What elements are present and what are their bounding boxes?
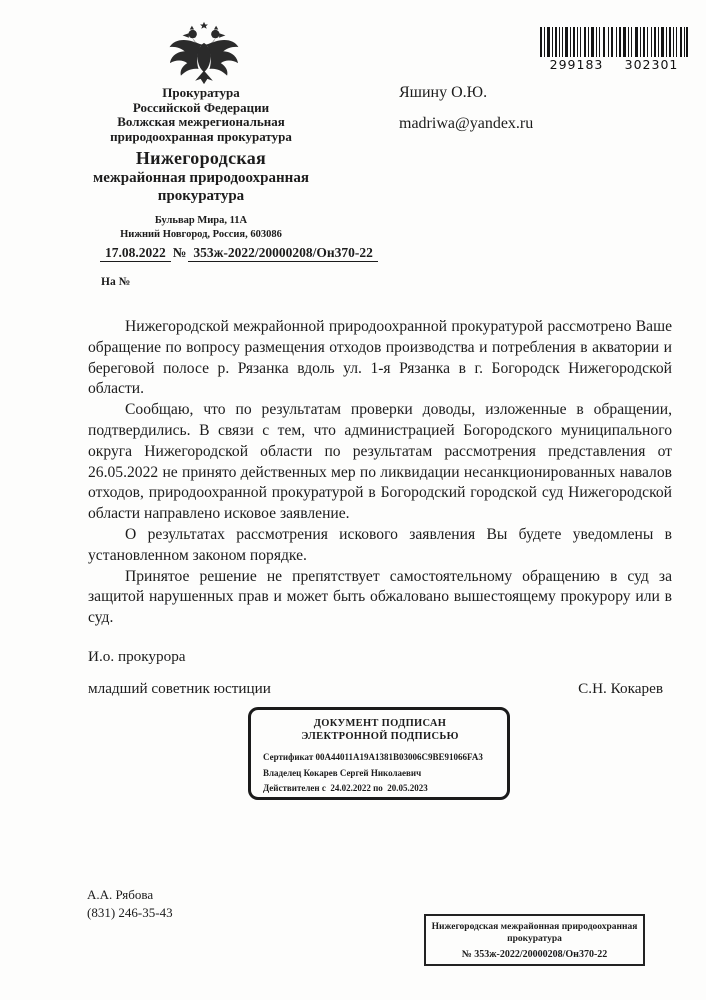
address-line: Нижний Новгород, Россия, 603086 [54,228,348,242]
reply-to-label: На № [101,276,130,288]
signer-role-line1: И.о. прокурора [88,648,663,666]
barcode-number-right: 302301 [625,57,679,72]
registration-stamp: Нижегородская межрайонная природоохранна… [424,914,645,966]
recipient-name: Яшину О.Ю. [399,84,533,102]
esign-title-line2: ЭЛЕКТРОННОЙ ПОДПИСЬЮ [263,730,497,743]
number-sign: № [171,245,189,260]
org-name-line: Волжская межрегиональная [54,115,348,130]
letter-number: 353ж-2022/20000208/Он370-22 [188,245,378,262]
org-name-lines: ПрокуратураРоссийской ФедерацииВолжская … [54,86,348,144]
barcode-icon [540,27,688,57]
registration-stamp-org: Нижегородская межрайонная природоохранна… [426,922,643,945]
letter-date: 17.08.2022 [100,245,171,262]
letter-body: Нижегородской межрайонной природоохранно… [88,317,672,629]
executor-block: А.А. Рябова (831) 246-35-43 [87,886,173,921]
signature-block: И.о. прокурора младший советник юстиции … [88,648,663,698]
division-title: Нижегородская [54,148,348,169]
esign-title-line1: ДОКУМЕНТ ПОДПИСАН [263,717,497,730]
division-name-line: прокуратура [54,187,348,205]
electronic-signature-stamp: ДОКУМЕНТ ПОДПИСАН ЭЛЕКТРОННОЙ ПОДПИСЬЮ С… [248,707,510,800]
body-paragraph: Сообщаю, что по результатам проверки дов… [88,400,672,525]
signer-name: С.Н. Кокарев [578,680,663,698]
division-name-lines: межрайонная природоохраннаяпрокуратура [54,169,348,205]
letterhead: ПрокуратураРоссийской ФедерацииВолжская … [54,86,348,241]
executor-phone: (831) 246-35-43 [87,904,173,922]
scanned-letter-page: 299183 302301 ПрокуратураРоссийск [0,0,706,1000]
recipient-email: madriwa@yandex.ru [399,115,533,133]
org-name-line: Российской Федерации [54,101,348,116]
division-name-line: межрайонная природоохранная [54,169,348,187]
org-name-line: Прокуратура [54,86,348,101]
registration-stamp-number: № 353ж-2022/20000208/Он370-22 [426,949,643,961]
russia-coat-of-arms-icon [162,21,246,85]
body-paragraph: Принятое решение не препятствует самосто… [88,567,672,629]
address-lines: Бульвар Мира, 11АНижний Новгород, Россия… [54,214,348,241]
body-paragraph: Нижегородской межрайонной природоохранно… [88,317,672,400]
esign-valid-from: 24.02.2022 [330,783,371,793]
esign-valid-to: 20.05.2023 [387,783,428,793]
recipient-block: Яшину О.Ю. madriwa@yandex.ru [399,84,533,133]
postal-barcode: 299183 302301 [539,27,689,72]
org-name-line: природоохранная прокуратура [54,130,348,145]
outgoing-reference-line: 17.08.2022№353ж-2022/20000208/Он370-22 [100,245,378,261]
esign-certificate-number: 00A44011A19A1381B03006C9BE91066FA3 [316,752,483,762]
esign-validity-line: Действителен с 24.02.2022 по 20.05.2023 [263,781,497,797]
signer-role-line2: младший советник юстиции [88,680,271,698]
esign-owner-line: Владелец Кокарев Сергей Николаевич [263,766,497,782]
address-line: Бульвар Мира, 11А [54,214,348,228]
esign-certificate-line: Сертификат 00A44011A19A1381B03006C9BE910… [263,750,497,766]
executor-name: А.А. Рябова [87,886,173,904]
barcode-number-left: 299183 [550,57,604,72]
esign-owner-name: Кокарев Сергей Николаевич [304,768,422,778]
body-paragraph: О результатах рассмотрения искового заяв… [88,525,672,567]
